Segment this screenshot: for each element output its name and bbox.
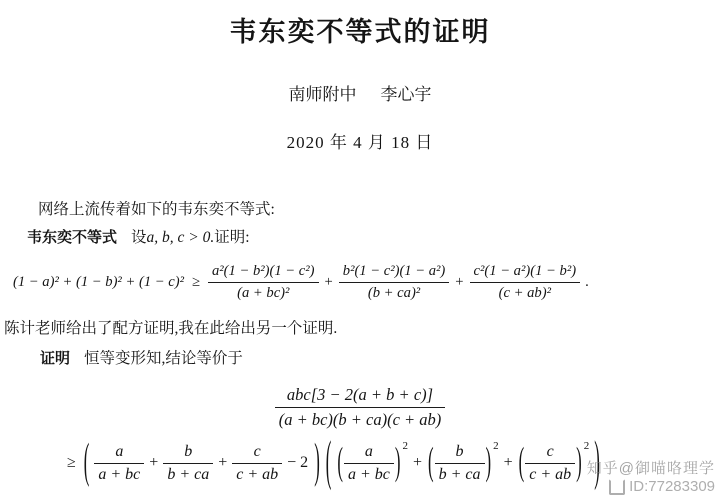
author-line: 南师附中李心宇 [0,80,720,105]
left-paren: ( [83,439,91,488]
author-affiliation: 南师附中 [289,85,357,104]
theorem-statement: 韦东奕不等式设a, b, c > 0.证明: [0,228,720,248]
plus-sign: + [217,454,228,472]
proof-label: 证明 [40,350,70,367]
minus-two: − 2 [286,454,309,472]
geq-sign: ≥ [64,454,79,472]
sum-group: ( a a + bc + b b + ca + c c + ab − 2 ) [83,443,321,484]
date-line: 2020 年 4 月 18 日 [0,128,720,153]
right-paren: ) [313,439,321,488]
theorem-pre-text: 设 [131,229,147,246]
squared-fraction-c: ( c c + ab ) 2 [518,443,590,484]
exponent-2: 2 [584,440,590,452]
proof-line: 证明恒等变形知,结论等价于 [0,349,720,369]
watermark-id-line: ID:77283309 [587,478,715,495]
center-fraction: abc[3 − 2(a + b + c)] (a + bc)(b + ca)(c… [275,385,446,430]
fraction-b: b b + ca [163,443,213,484]
exponent-2: 2 [402,440,408,452]
watermark-account: 知乎@御喵咯理学 [587,457,715,478]
plus-sign: + [412,454,423,472]
page-title: 韦东奕不等式的证明 [0,10,720,49]
lhs-expression: (1 − a)² + (1 − b)² + (1 − c)² [13,274,184,291]
fraction-2: b²(1 − c²)(1 − a²) (b + ca)² [339,263,450,302]
equivalent-fraction-formula: abc[3 − 2(a + b + c)] (a + bc)(b + ca)(c… [0,385,720,430]
fraction-3: c²(1 − a²)(1 − b²) (c + ab)² [470,263,581,302]
fraction-c: c c + ab [232,443,282,484]
main-inequality-formula: (1 − a)² + (1 − b)² + (1 − c)² ≥ a²(1 − … [0,263,720,302]
squared-fraction-a: ( a a + bc ) 2 [336,443,408,484]
geq-sign: ≥ [189,274,203,291]
remark-paragraph: 陈计老师给出了配方证明,我在此给出另一个证明. [0,319,720,339]
squares-group: ( ( a a + bc ) 2 + ( b b + ca ) 2 + ( c … [325,443,601,484]
period: . [585,274,589,291]
squared-fraction-b: ( b b + ca ) 2 [427,443,499,484]
plus-sign: + [503,454,514,472]
watermark: 知乎@御喵咯理学 ID:77283309 [587,457,715,495]
theorem-math: a, b, c > 0. [147,229,215,246]
author-name: 李心宇 [381,85,432,104]
fraction-1: a²(1 − b²)(1 − c²) (a + bc)² [208,263,319,302]
theorem-post-text: 证明: [214,229,249,246]
theorem-label: 韦东奕不等式 [27,229,117,246]
proof-text: 恒等变形知,结论等价于 [84,350,243,367]
plus-sign: + [148,454,159,472]
watermark-id: ID:77283309 [629,478,715,495]
plus-sign: + [324,274,334,291]
left-paren: ( [325,435,333,490]
fraction-a: a a + bc [94,443,144,484]
intro-paragraph: 网络上流传着如下的韦东奕不等式: [0,200,720,220]
watermark-logo-icon [609,479,625,495]
exponent-2: 2 [493,440,499,452]
plus-sign: + [454,274,464,291]
